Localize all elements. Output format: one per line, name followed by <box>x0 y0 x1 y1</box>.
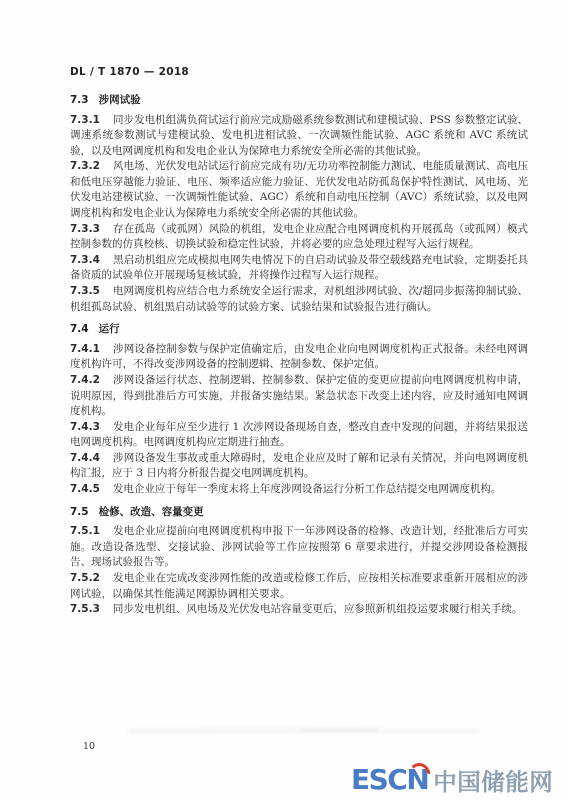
section-number: 7.4 <box>70 323 89 335</box>
clause-7-3-5: 7.3.5电网调度机构应结合电力系统安全运行需求，对机组涉网试验、次/超同步振荡… <box>70 284 528 315</box>
clause-number: 7.3.3 <box>70 223 100 235</box>
clause-number: 7.3.1 <box>70 114 100 126</box>
clause-number: 7.5.3 <box>70 603 100 615</box>
clause-7-3-4: 7.3.4黑启动机组应完成模拟电网失电情况下的自启动试验及带空载线路充电试验，定… <box>70 253 528 284</box>
clause-7-5-3: 7.5.3同步发电机组、风电场及光伏发电站容量变更后，应参照新机组投运要求履行相… <box>70 602 528 618</box>
section-title: 运行 <box>99 323 120 335</box>
page-content: DL / T 1870 — 2018 7.3涉网试验 7.3.1同步发电机组满负… <box>70 66 528 618</box>
clause-7-4-2: 7.4.2涉网设备运行状态、控制逻辑、控制参数、保护定值的变更应提前向电网调度机… <box>70 373 528 420</box>
clause-number: 7.3.2 <box>70 160 100 172</box>
section-title: 涉网试验 <box>99 94 141 106</box>
section-number: 7.5 <box>70 506 89 518</box>
clause-number: 7.4.2 <box>70 374 100 386</box>
clause-7-5-2: 7.5.2发电企业在完成改变涉网性能的改造或检修工作后，应按相关标准要求重新开展… <box>70 571 528 602</box>
clause-text: 涉网设备运行状态、控制逻辑、控制参数、保护定值的变更应提前向电网调度机构申请，说… <box>70 374 528 417</box>
section-heading-7-5: 7.5检修、改造、容量变更 <box>70 505 528 521</box>
standard-number-header: DL / T 1870 — 2018 <box>70 66 528 78</box>
logo-text-en: ESCN <box>351 764 428 796</box>
section-title: 检修、改造、容量变更 <box>99 506 204 518</box>
clause-text: 发电企业应于每年一季度末将上年度涉网设备运行分析工作总结提交电网调度机构。 <box>113 483 502 495</box>
clause-text: 存在孤岛（或孤网）风险的机组，发电企业应配合电网调度机构开展孤岛（或孤网）模式控… <box>70 223 528 251</box>
logo-text-cn: 中国储能网 <box>433 763 553 797</box>
section-number: 7.3 <box>70 94 89 106</box>
clause-7-4-3: 7.4.3发电企业每年应至少进行 1 次涉网设备现场自查，整改自查中发现的问题，… <box>70 420 528 451</box>
clause-7-4-4: 7.4.4涉网设备发生事故或重大障碍时，发电企业应及时了解和记录有关情况，并向电… <box>70 451 528 482</box>
clause-text: 发电企业应提前向电网调度机构申报下一年涉网设备的检修、改造计划，经批准后方可实施… <box>70 525 528 568</box>
clause-7-3-1: 7.3.1同步发电机组满负荷试运行前应完成励磁系统参数测试和建模试验、PSS 参… <box>70 113 528 160</box>
clause-number: 7.4.1 <box>70 343 100 355</box>
clause-text: 同步发电机组满负荷试运行前应完成励磁系统参数测试和建模试验、PSS 参数整定试验… <box>70 114 528 157</box>
clause-text: 同步发电机组、风电场及光伏发电站容量变更后，应参照新机组投运要求履行相关手续。 <box>113 603 523 615</box>
clause-number: 7.5.1 <box>70 525 100 537</box>
clause-text: 风电场、光伏发电站试运行前应完成有功/无功功率控制能力测试、电能质量测试、高电压… <box>70 160 528 219</box>
clause-number: 7.4.4 <box>70 452 100 464</box>
clause-text: 发电企业每年应至少进行 1 次涉网设备现场自查，整改自查中发现的问题，并将结果报… <box>70 421 528 449</box>
document-page: DL / T 1870 — 2018 7.3涉网试验 7.3.1同步发电机组满负… <box>0 0 566 800</box>
clause-text: 电网调度机构应结合电力系统安全运行需求，对机组涉网试验、次/超同步振荡抑制试验、… <box>70 285 528 313</box>
clause-number: 7.5.2 <box>70 572 100 584</box>
page-number: 10 <box>83 741 95 752</box>
clause-text: 涉网设备控制参数与保护定值确定后，由发电企业向电网调度机构正式报备。未经电网调度… <box>70 343 528 371</box>
logo-en-letters: ESCN <box>351 763 428 796</box>
clause-7-3-3: 7.3.3存在孤岛（或孤网）风险的机组，发电企业应配合电网调度机构开展孤岛（或孤… <box>70 222 528 253</box>
escn-watermark-logo: ESCN 中国储能网 <box>351 763 553 797</box>
clause-number: 7.3.5 <box>70 285 100 297</box>
clause-text: 黑启动机组应完成模拟电网失电情况下的自启动试验及带空载线路充电试验，定期委托具备… <box>70 254 528 282</box>
clause-text: 发电企业在完成改变涉网性能的改造或检修工作后，应按相关标准要求重新开展相应的涉网… <box>70 572 528 600</box>
clause-7-4-5: 7.4.5发电企业应于每年一季度末将上年度涉网设备运行分析工作总结提交电网调度机… <box>70 482 528 498</box>
clause-7-4-1: 7.4.1涉网设备控制参数与保护定值确定后，由发电企业向电网调度机构正式报备。未… <box>70 342 528 373</box>
section-heading-7-4: 7.4运行 <box>70 322 528 338</box>
clause-7-5-1: 7.5.1发电企业应提前向电网调度机构申报下一年涉网设备的检修、改造计划，经批准… <box>70 524 528 571</box>
clause-number: 7.3.4 <box>70 254 100 266</box>
clause-number: 7.4.3 <box>70 421 100 433</box>
clause-text: 涉网设备发生事故或重大障碍时，发电企业应及时了解和记录有关情况，并向电网调度机构… <box>70 452 528 480</box>
scan-artifact <box>300 729 480 734</box>
clause-number: 7.4.5 <box>70 483 100 495</box>
clause-7-3-2: 7.3.2风电场、光伏发电站试运行前应完成有功/无功功率控制能力测试、电能质量测… <box>70 159 528 221</box>
scan-artifact <box>128 727 378 734</box>
section-heading-7-3: 7.3涉网试验 <box>70 93 528 109</box>
